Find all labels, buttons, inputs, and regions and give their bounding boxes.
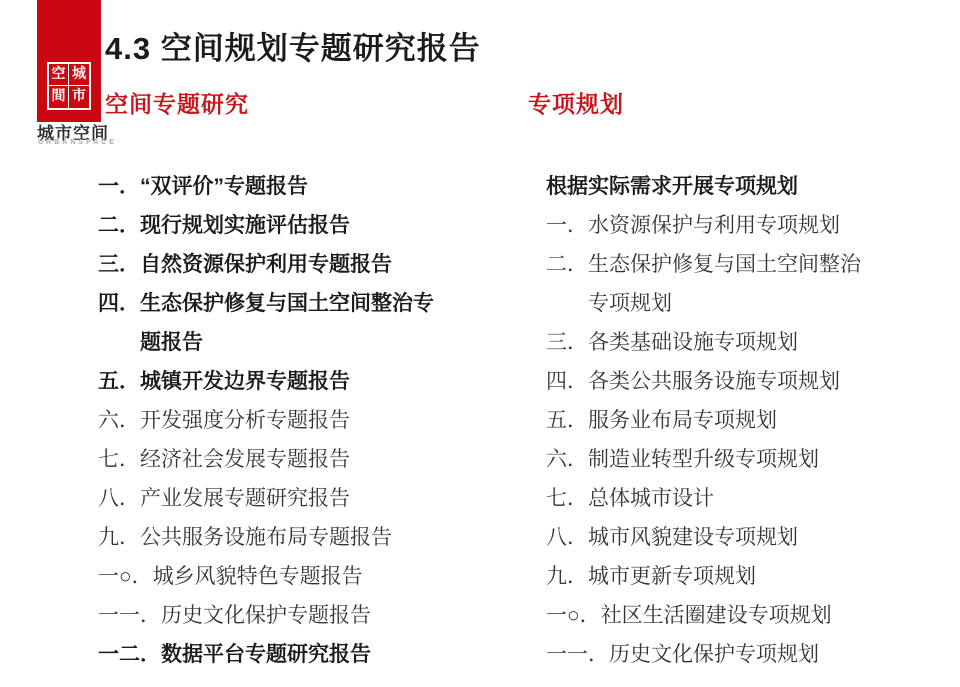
- item-text: 历史文化保护专项规划: [609, 635, 819, 674]
- item-number: 六．: [546, 440, 588, 479]
- list-item: 九．公共服务设施布局专题报告: [98, 518, 498, 557]
- right-plan-list: 根据实际需求开展专项规划 一．水资源保护与利用专项规划 二．生态保护修复与国土空…: [546, 167, 916, 674]
- seal-char: 市: [69, 86, 89, 108]
- list-item: 一一．历史文化保护专题报告: [98, 596, 498, 635]
- item-number: 一二．: [98, 635, 161, 674]
- item-text: 现行规划实施评估报告: [140, 206, 350, 245]
- item-text: 历史文化保护专题报告: [161, 596, 371, 635]
- left-topic-list: 一．“双评价”专题报告 二．现行规划实施评估报告 三．自然资源保护利用专题报告 …: [98, 167, 498, 674]
- list-item: 一．“双评价”专题报告: [98, 167, 498, 206]
- list-item: 六．开发强度分析专题报告: [98, 401, 498, 440]
- item-text: “双评价”专题报告: [140, 167, 308, 206]
- seal-icon: 空 城 間 市: [47, 62, 91, 110]
- item-number: 六．: [98, 401, 140, 440]
- item-number: 九．: [98, 518, 140, 557]
- item-number: 四．: [98, 284, 140, 323]
- item-number: 三．: [546, 323, 588, 362]
- list-item: 一○．社区生活圈建设专项规划: [546, 596, 916, 635]
- item-number: 七．: [546, 479, 588, 518]
- item-number: 一．: [546, 206, 588, 245]
- item-text: 公共服务设施布局专题报告: [140, 518, 392, 557]
- item-text: 自然资源保护利用专题报告: [140, 245, 392, 284]
- item-text: 城市风貌建设专项规划: [588, 518, 798, 557]
- item-number: 二．: [546, 245, 588, 284]
- list-item: 四．各类公共服务设施专项规划: [546, 362, 916, 401]
- right-list-intro: 根据实际需求开展专项规划: [546, 167, 916, 206]
- list-item: 四．生态保护修复与国土空间整治专题报告: [98, 284, 498, 362]
- item-number: 五．: [98, 362, 140, 401]
- item-text: 生态保护修复与国土空间整治专题报告: [140, 284, 440, 362]
- list-item: 八．城市风貌建设专项规划: [546, 518, 916, 557]
- brand-logo: 空 城 間 市: [37, 0, 101, 122]
- list-item: 三．自然资源保护利用专题报告: [98, 245, 498, 284]
- item-text: 开发强度分析专题报告: [140, 401, 350, 440]
- item-text: 生态保护修复与国土空间整治专项规划: [588, 245, 868, 323]
- list-item: 一二．数据平台专题研究报告: [98, 635, 498, 674]
- item-number: 一一．: [98, 596, 161, 635]
- item-text: 水资源保护与利用专项规划: [588, 206, 840, 245]
- list-item: 七．经济社会发展专题报告: [98, 440, 498, 479]
- item-number: 一一．: [546, 635, 609, 674]
- list-item: 二．现行规划实施评估报告: [98, 206, 498, 245]
- item-number: 三．: [98, 245, 140, 284]
- list-item: 八．产业发展专题研究报告: [98, 479, 498, 518]
- list-item: 五．城镇开发边界专题报告: [98, 362, 498, 401]
- list-item: 九．城市更新专项规划: [546, 557, 916, 596]
- item-text: 制造业转型升级专项规划: [588, 440, 819, 479]
- brand-subtitle: URBANSPACE: [38, 139, 148, 146]
- item-text: 数据平台专题研究报告: [161, 635, 371, 674]
- item-text: 各类公共服务设施专项规划: [588, 362, 840, 401]
- seal-char: 間: [49, 86, 69, 108]
- item-number: 七．: [98, 440, 140, 479]
- item-text: 各类基础设施专项规划: [588, 323, 798, 362]
- list-item: 二．生态保护修复与国土空间整治专项规划: [546, 245, 916, 323]
- item-number: 五．: [546, 401, 588, 440]
- list-item: 五．服务业布局专项规划: [546, 401, 916, 440]
- item-number: 一○．: [98, 557, 153, 596]
- list-item: 七．总体城市设计: [546, 479, 916, 518]
- item-number: 一○．: [546, 596, 601, 635]
- item-text: 城市更新专项规划: [588, 557, 756, 596]
- right-column-header: 专项规划: [528, 86, 624, 119]
- list-item: 一．水资源保护与利用专项规划: [546, 206, 916, 245]
- list-item: 三．各类基础设施专项规划: [546, 323, 916, 362]
- item-text: 社区生活圈建设专项规划: [601, 596, 832, 635]
- item-number: 二．: [98, 206, 140, 245]
- list-item: 一○．城乡风貌特色专题报告: [98, 557, 498, 596]
- item-number: 四．: [546, 362, 588, 401]
- left-column-header: 空间专题研究: [105, 86, 249, 119]
- item-number: 八．: [98, 479, 140, 518]
- seal-char: 空: [49, 64, 69, 86]
- item-text: 城乡风貌特色专题报告: [153, 557, 363, 596]
- item-text: 服务业布局专项规划: [588, 401, 777, 440]
- list-item: 六．制造业转型升级专项规划: [546, 440, 916, 479]
- item-text: 产业发展专题研究报告: [140, 479, 350, 518]
- list-item: 一一．历史文化保护专项规划: [546, 635, 916, 674]
- item-number: 九．: [546, 557, 588, 596]
- item-text: 总体城市设计: [588, 479, 714, 518]
- item-number: 一．: [98, 167, 140, 206]
- item-text: 经济社会发展专题报告: [140, 440, 350, 479]
- page-title: 4.3 空间规划专题研究报告: [105, 23, 481, 68]
- slide: 空 城 間 市 城市空间 URBANSPACE 4.3 空间规划专题研究报告 空…: [0, 0, 960, 687]
- item-number: 八．: [546, 518, 588, 557]
- item-text: 城镇开发边界专题报告: [140, 362, 350, 401]
- seal-char: 城: [69, 64, 89, 86]
